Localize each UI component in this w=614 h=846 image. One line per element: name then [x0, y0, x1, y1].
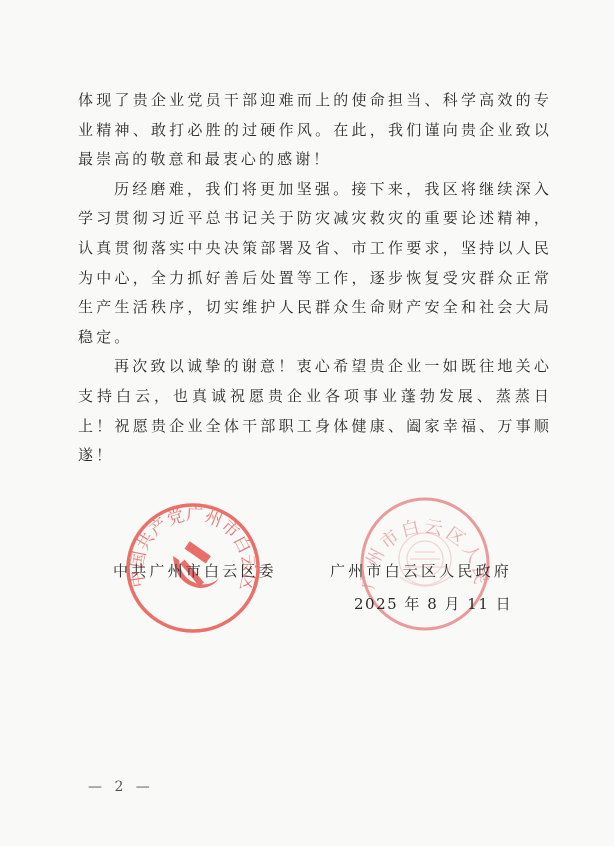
page-number: — 2 —	[88, 779, 154, 795]
signature-date: 2025 年 8 月 11 日	[354, 593, 512, 614]
signature-government: 广州市白云区人民政府	[330, 560, 512, 581]
signature-party-committee: 中共广州市白云区委	[113, 560, 277, 581]
paragraph-1: 体现了贵企业党员干部迎难而上的使命担当、科学高效的专业精神、敢打必胜的过硬作风。…	[78, 86, 552, 175]
paragraph-3: 再次致以诚挚的谢意！衷心希望贵企业一如既往地关心支持白云，也真诚祝愿贵企业各项事…	[78, 352, 552, 470]
document-page: 体现了贵企业党员干部迎难而上的使命担当、科学高效的专业精神、敢打必胜的过硬作风。…	[0, 0, 614, 846]
letter-body: 体现了贵企业党员干部迎难而上的使命担当、科学高效的专业精神、敢打必胜的过硬作风。…	[78, 86, 552, 471]
paragraph-2: 历经磨难，我们将更加坚强。接下来，我区将继续深入学习贯彻习近平总书记关于防灾减灾…	[78, 175, 552, 353]
